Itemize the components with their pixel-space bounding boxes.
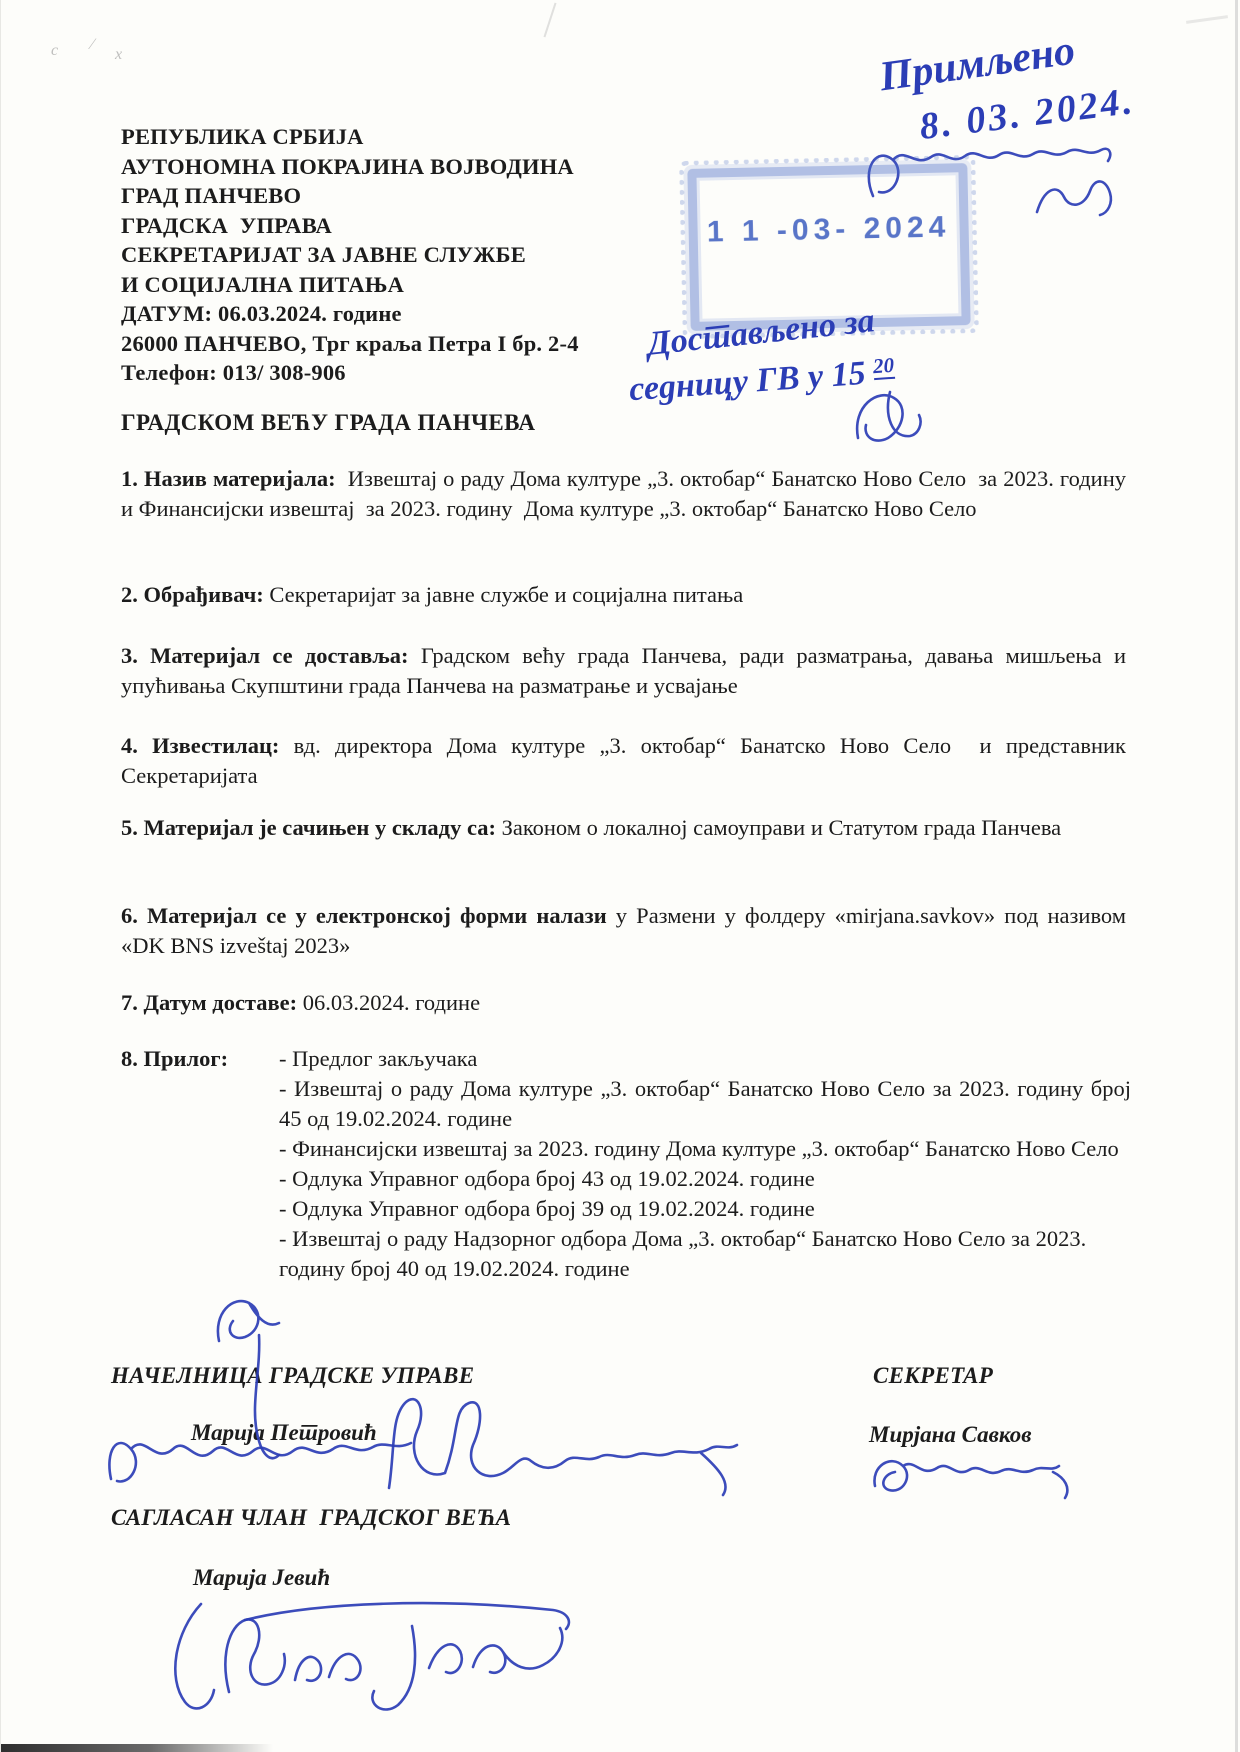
item-label: 4. Известилац: — [121, 733, 279, 758]
handwritten-initials-scribble — [832, 376, 927, 456]
attachment-item: - Одлука Управног одбора број 39 од 19.0… — [279, 1194, 1131, 1224]
signature-name-mirjana-savkov: Мирјана Савков — [869, 1422, 1031, 1448]
item-label: 3. Материјал се доставља: — [121, 643, 409, 668]
letterhead-line: СЕКРЕТАРИЈАТ ЗА ЈАВНЕ СЛУЖБЕ — [121, 240, 579, 270]
pencil-mark: с — [51, 42, 58, 60]
item-6-elektronska-forma: 6. Материјал се у електронској форми нал… — [121, 901, 1126, 961]
attachment-item: - Одлука Управног одбора број 43 од 19.0… — [279, 1164, 1131, 1194]
item-label: 7. Датум доставе: — [121, 990, 297, 1015]
signature-title-saglasan-clan: САГЛАСАН ЧЛАН ГРАДСКОГ ВЕЋА — [111, 1505, 511, 1531]
item-text: Секретаријат за јавне службе и социјална… — [264, 582, 744, 607]
letterhead-phone-line: Телефон: 013/ 308-906 — [121, 358, 579, 388]
item-7-datum-dostave: 7. Датум доставе: 06.03.2024. године — [121, 988, 1126, 1018]
letterhead-line: ГРАД ПАНЧЕВО — [121, 181, 579, 211]
stamp-date-text: 1 1 -03- 2024 — [697, 210, 960, 249]
item-label: 5. Материјал је сачињен у складу са: — [121, 815, 496, 840]
attachment-item: - Извештај о раду Надзорног одбора Дома … — [279, 1224, 1131, 1284]
attachment-list: - Предлог закључака - Извештај о раду До… — [279, 1044, 1131, 1284]
item-5-sacinjen-u-skladu: 5. Материјал је сачињен у складу са: Зак… — [121, 813, 1093, 843]
scan-smudge — [1186, 15, 1228, 24]
item-label: 1. Назив материјала: — [121, 466, 336, 491]
signature-scribble-jevic — [157, 1574, 587, 1716]
signature-scribble-nachelnica — [101, 1283, 761, 1508]
pencil-mark: х — [115, 46, 122, 64]
letterhead: РЕПУБЛИКА СРБИЈА АУТОНОМНА ПОКРАЈИНА ВОЈ… — [121, 122, 579, 388]
scanned-document-page: с ∕ х РЕПУБЛИКА СРБИЈА АУТОНОМНА ПОКРАЈИ… — [0, 0, 1240, 1752]
attachment-item: - Финансијски извештај за 2023. годину Д… — [279, 1134, 1131, 1164]
scan-bottom-strip — [1, 1744, 273, 1752]
pencil-mark: ∕ — [91, 36, 94, 54]
item-4-izvestilac: 4. Известилац: вд. директора Дома култур… — [121, 731, 1126, 791]
signature-scribble-savkov — [861, 1446, 1076, 1506]
item-3-materijal-se-dostavlja: 3. Материјал се доставља: Градском већу … — [121, 641, 1126, 701]
signature-title-sekretar: СЕКРЕТАР — [873, 1363, 993, 1389]
attachment-item: - Предлог закључака — [279, 1044, 1131, 1074]
letterhead-date-line: ДАТУМ: 06.03.2024. године — [121, 299, 579, 329]
item-label: 6. Материјал се у електронској форми нал… — [121, 903, 607, 928]
scan-edge-line — [1235, 0, 1238, 1752]
letterhead-line: АУТОНОМНА ПОКРАЈИНА ВОЈВОДИНА — [121, 152, 579, 182]
item-label: 8. Прилог: — [121, 1046, 228, 1071]
recipient-title: ГРАДСКОМ ВЕЋУ ГРАДА ПАНЧЕВА — [121, 410, 535, 436]
letterhead-address-line: 26000 ПАНЧЕВО, Трг краља Петра I бр. 2-4 — [121, 329, 579, 359]
delivered-session-text: седницу ГВ у 15 — [628, 355, 867, 408]
item-text: Законом о локалној самоуправи и Статутом… — [496, 815, 1061, 840]
attachment-item: - Извештај о раду Дома културе „3. октоб… — [279, 1074, 1131, 1134]
pencil-line — [543, 3, 556, 38]
item-label: 2. Обрађивач: — [121, 582, 264, 607]
item-text: 06.03.2024. године — [297, 990, 480, 1015]
item-2-obradjivac: 2. Обрађивач: Секретаријат за јавне служ… — [121, 580, 1126, 610]
letterhead-line: ГРАДСКА УПРАВА — [121, 211, 579, 241]
letterhead-line: И СОЦИЈАЛНА ПИТАЊА — [121, 270, 579, 300]
letterhead-line: РЕПУБЛИКА СРБИЈА — [121, 122, 579, 152]
item-1-naziv-materijala: 1. Назив материјала: Извештај о раду Дом… — [121, 464, 1126, 524]
